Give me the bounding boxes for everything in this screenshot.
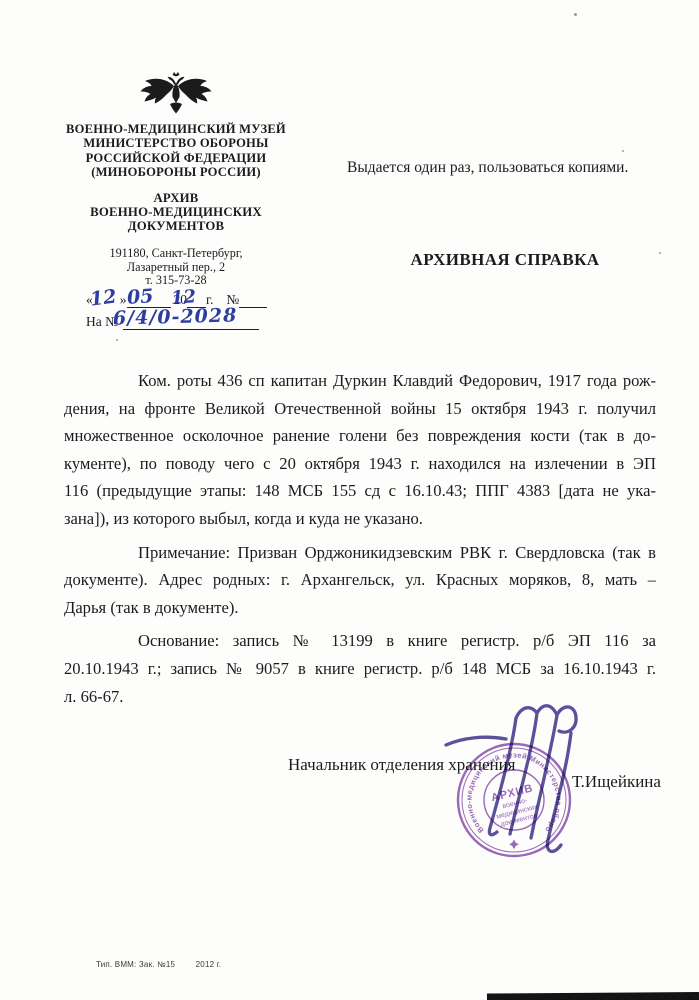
- month-blank: [127, 293, 171, 308]
- scan-edge-artifact: [487, 992, 699, 1000]
- body-line: Основание: запись № 13199 в книге регист…: [64, 627, 656, 655]
- reply-label: На №: [86, 314, 118, 330]
- copy-usage-note: Выдается один раз, пользоваться копиями.: [347, 159, 628, 177]
- address-line: Лазаретный пер., 2: [40, 261, 312, 275]
- reply-reference-line: На №: [86, 314, 259, 330]
- double-headed-eagle-emblem-icon: [138, 70, 214, 116]
- scan-speck: [116, 339, 118, 341]
- document-title: АРХИВНАЯ СПРАВКА: [405, 250, 605, 270]
- organization-name: ВОЕННО-МЕДИЦИНСКИЙ МУЗЕЙ МИНИСТЕРСТВО ОБ…: [40, 122, 312, 179]
- org-line: ВОЕННО-МЕДИЦИНСКИЙ МУЗЕЙ: [40, 122, 312, 136]
- archival-certificate-page: ВОЕННО-МЕДИЦИНСКИЙ МУЗЕЙ МИНИСТЕРСТВО ОБ…: [0, 0, 699, 1000]
- quote-close: »: [120, 292, 127, 308]
- date-number-line: « » 20 г. №: [86, 292, 267, 308]
- imprint-year: 2012 г.: [196, 960, 222, 969]
- department-name: АРХИВ ВОЕННО-МЕДИЦИНСКИХ ДОКУМЕНТОВ: [40, 192, 312, 234]
- body-line: кументе), по поводу чего с 20 октября 19…: [64, 450, 656, 478]
- body-line: Ком. роты 436 сп капитан Дуркин Клавдий …: [64, 367, 656, 395]
- print-shop-imprint: Тип. ВММ: Зак. №15 2012 г.: [96, 960, 221, 969]
- paragraph-service-record: Ком. роты 436 сп капитан Дуркин Клавдий …: [64, 367, 656, 533]
- org-line: РОССИЙСКОЙ ФЕДЕРАЦИИ: [40, 151, 312, 165]
- day-blank: [93, 294, 120, 308]
- address-block: 191180, Санкт-Петербург, Лазаретный пер.…: [40, 247, 312, 288]
- org-line: (МИНОБОРОНЫ РОССИИ): [40, 165, 312, 179]
- handwritten-signature: [400, 688, 670, 878]
- scan-speck: [659, 252, 661, 254]
- body-line: дения, на фронте Великой Отечественной в…: [64, 395, 656, 423]
- quote-open: «: [86, 292, 93, 308]
- number-blank: [239, 293, 267, 308]
- body-line: 116 (предыдущие этапы: 148 МСБ 155 сд с …: [64, 477, 656, 505]
- scan-speck: [574, 13, 577, 16]
- body-line: зана]), из которого выбыл, когда и куда …: [64, 505, 656, 533]
- address-line: 191180, Санкт-Петербург,: [40, 247, 312, 261]
- paragraph-note: Примечание: Призван Орджоникидзевским РВ…: [64, 539, 656, 622]
- year-century: 20: [174, 292, 188, 308]
- dept-line: ДОКУМЕНТОВ: [40, 220, 312, 234]
- imprint-left: Тип. ВММ: Зак. №15: [96, 960, 175, 969]
- year-suffix: г.: [206, 292, 213, 308]
- scan-speck: [622, 150, 624, 152]
- body-line: документе). Адрес родных: г. Архангельск…: [64, 566, 656, 594]
- body-line: 20.10.1943 г.; запись № 9057 в книге рег…: [64, 655, 656, 683]
- dept-line: ВОЕННО-МЕДИЦИНСКИХ: [40, 206, 312, 220]
- number-label: №: [226, 292, 239, 308]
- body-line: Примечание: Призван Орджоникидзевским РВ…: [64, 539, 656, 567]
- body-line: Дарья (так в документе).: [64, 594, 656, 622]
- year-blank: [187, 293, 206, 308]
- org-line: МИНИСТЕРСТВО ОБОРОНЫ: [40, 136, 312, 150]
- certificate-body: Ком. роты 436 сп капитан Дуркин Клавдий …: [64, 367, 656, 710]
- dept-line: АРХИВ: [40, 192, 312, 206]
- address-line: т. 315-73-28: [40, 274, 312, 288]
- body-line: множественное осколочное ранение голени …: [64, 422, 656, 450]
- reply-number-blank: [123, 315, 259, 330]
